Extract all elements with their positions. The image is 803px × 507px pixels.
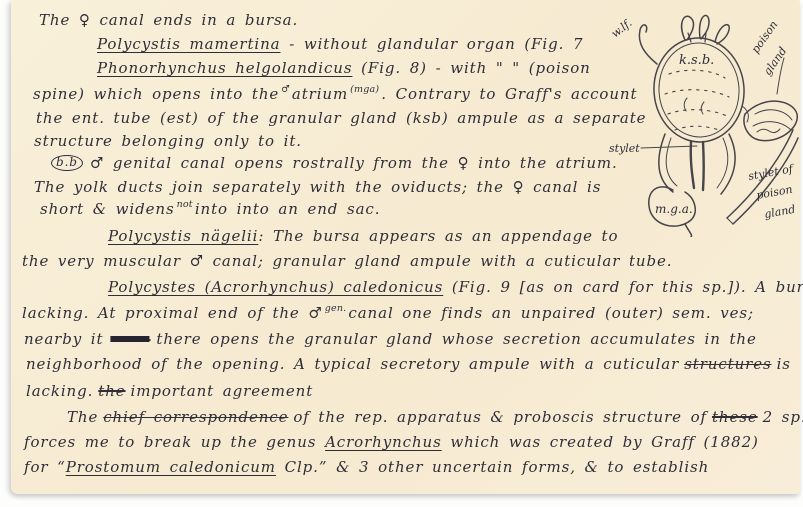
handwritten-line: for “Prostomum caledonicum Clp.” & 3 oth…	[24, 457, 709, 478]
label-stylet-of-poison-gland: poison	[755, 183, 793, 202]
text-segment: atrium	[292, 85, 348, 103]
handwritten-line: neighborhood of the opening. A typical s…	[26, 354, 791, 375]
handwritten-line: forces me to break up the genus Acrorhyn…	[24, 432, 759, 453]
inserted-word: (mga)	[350, 84, 379, 95]
text-segment: important agreement	[131, 382, 314, 400]
inserted-word: ♂	[281, 84, 290, 95]
index-card: The ♀ canal ends in a bursa. Polycystis …	[11, 0, 800, 494]
left-duct	[639, 25, 657, 64]
label-stylet: stylet	[609, 142, 640, 155]
right-canal-inner	[717, 138, 728, 188]
text-segment: The yolk ducts join separately with the …	[34, 178, 601, 196]
struck-phrase: chief correspondence	[103, 408, 288, 426]
scanned-card-photo: The ♀ canal ends in a bursa. Polycystis …	[0, 0, 803, 507]
text-segment: for “	[24, 458, 66, 476]
label-ksb: k.s.b.	[679, 53, 714, 68]
text-segment: ♂ genital canal opens rostrally from the…	[90, 154, 618, 172]
genus-name: Acrorhynchus	[325, 433, 442, 451]
text-segment: Clp.” & 3 other uncertain forms, & to es…	[276, 458, 709, 476]
poison-stylet-tip	[727, 218, 733, 224]
struck-word: structures	[684, 355, 771, 373]
text-segment: The ♀ canal ends in a bursa.	[39, 11, 298, 29]
text-segment: forces me to break up the genus	[24, 433, 325, 451]
handwritten-line: the very muscular ♂ canal; granular glan…	[22, 251, 672, 272]
text-segment: lacking. At proximal end of the ♂	[22, 304, 323, 322]
handwritten-line: structure belonging only to it.	[34, 131, 302, 152]
label-stylet-of-poison-gland: stylet of	[747, 162, 795, 183]
central-canal	[703, 142, 704, 190]
circled-marker: b.b	[51, 155, 83, 171]
anatomical-sketch: w.lf. k.s.b. poison gland stylet m.g.a. …	[606, 2, 803, 237]
text-segment: 2 sp.	[763, 408, 803, 426]
species-name: Polycystes (Acrorhynchus) caledonicus	[108, 278, 443, 296]
species-name: Polycystis nägelii	[108, 227, 258, 245]
text-segment: canal one finds an unpaired (outer) sem.…	[348, 304, 754, 322]
handwritten-line: Phonorhynchus helgolandicus (Fig. 8) - w…	[97, 58, 591, 79]
text-segment: (Fig. 9 [as on card for this sp.]). A bu…	[443, 278, 803, 296]
handwritten-line: b.b♂ genital canal opens rostrally from …	[51, 153, 618, 174]
handwritten-line: lacking. At proximal end of the ♂gen.can…	[22, 303, 754, 326]
species-name: Prostomum caledonicum	[66, 458, 276, 476]
poison-gland-outline	[744, 101, 797, 140]
text-segment: the ent. tube (est) of the granular glan…	[36, 109, 646, 127]
text-segment: structure belonging only to it.	[34, 132, 302, 150]
handwritten-line: lacking.theimportant agreement	[26, 381, 313, 402]
central-canal	[691, 142, 694, 188]
text-segment: : The bursa appears as an appendage to	[258, 227, 618, 245]
text-segment: into into an end sac.	[195, 200, 381, 218]
text-segment: which was created by Graff (1882)	[442, 433, 759, 451]
inserted-word: not	[177, 199, 193, 210]
text-segment: neighborhood of the opening. A typical s…	[26, 355, 679, 373]
stylet-pointer-line	[641, 146, 697, 148]
right-canal	[721, 134, 735, 194]
poison-gland-hatch	[753, 122, 791, 130]
stipple-curl	[701, 102, 704, 114]
text-segment: there opens the granular gland whose sec…	[156, 330, 756, 348]
text-segment: The	[67, 408, 98, 426]
stipple-curl	[684, 98, 687, 111]
struck-word: these	[712, 408, 758, 426]
handwritten-line: Thechief correspondenceof the rep. appar…	[67, 407, 803, 428]
text-segment: spine) which opens into the	[33, 85, 279, 103]
text-segment: - without glandular organ (Fig. 7	[281, 35, 584, 53]
text-segment: . Contrary to Graff's account	[381, 85, 637, 103]
text-segment: nearby it	[24, 330, 103, 348]
left-canal-inner	[666, 138, 677, 186]
handwritten-line: The yolk ducts join separately with the …	[34, 177, 601, 198]
label-poison-gland: gland	[761, 45, 790, 78]
handwritten-line: spine) which opens into the♂atrium(mga).…	[33, 84, 637, 107]
handwritten-line: Polycystis mamertina - without glandular…	[97, 34, 583, 55]
poison-gland-hatch	[755, 110, 792, 120]
stipple-texture	[665, 70, 729, 130]
poison-gland-squiggle	[757, 129, 780, 133]
handwritten-line: Polycystes (Acrorhynchus) caledonicus (F…	[108, 277, 803, 298]
text-segment: is	[777, 355, 791, 373]
label-mga: m.g.a.	[655, 202, 693, 216]
text-segment: (Fig. 8) - with " " (poison	[352, 59, 590, 77]
species-name: Phonorhynchus helgolandicus	[97, 59, 352, 77]
struck-word: the	[98, 382, 125, 400]
text-segment: the very muscular ♂ canal; granular glan…	[22, 252, 672, 270]
text-segment: of the rep. apparatus & proboscis struct…	[293, 408, 707, 426]
handwritten-line: short & widensnotinto into an end sac.	[40, 199, 380, 222]
inserted-word: gen.	[325, 303, 347, 314]
label-stylet-of-poison-gland: gland	[763, 203, 796, 221]
handwritten-line: Polycystis nägelii: The bursa appears as…	[108, 226, 618, 247]
handwritten-line: The ♀ canal ends in a bursa.	[39, 10, 298, 31]
species-name: Polycystis mamertina	[97, 35, 281, 53]
label-wlf: w.lf.	[609, 16, 635, 40]
mga-tail	[685, 224, 692, 237]
text-segment: short & widens	[40, 200, 175, 218]
scribbled-out-word: ———	[110, 330, 149, 348]
text-segment: lacking.	[26, 382, 93, 400]
handwritten-line: the ent. tube (est) of the granular glan…	[36, 108, 646, 129]
handwritten-line: nearby it———there opens the granular gla…	[24, 329, 757, 350]
